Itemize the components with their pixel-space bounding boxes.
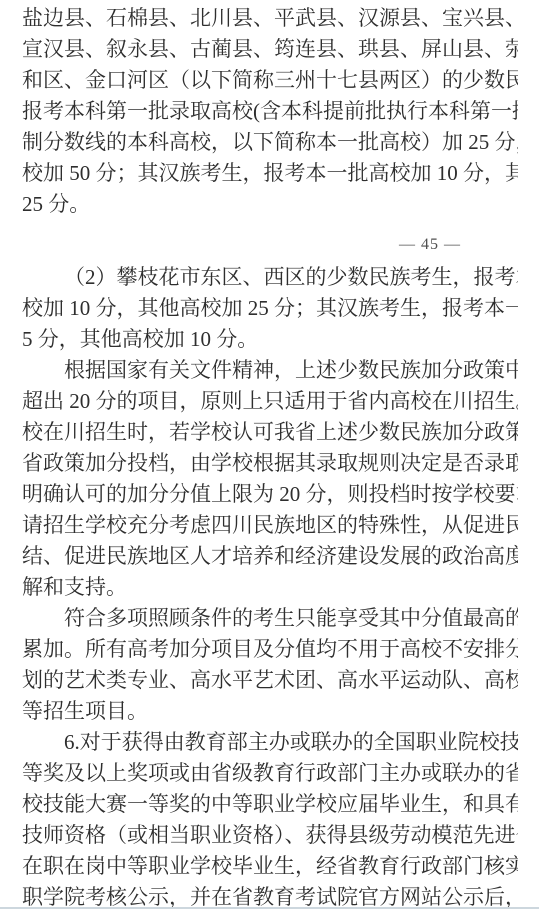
text-line: 校加 50 分；其汉族考生，报考本一批高校加 10 分，其他高校加 — [22, 158, 518, 189]
text-line: 制分数线的本科高校，以下简称本一批高校）加 25 分，其他高 — [22, 127, 518, 158]
text-line: 宣汉县、叙永县、古蔺县、筠连县、珙县、屏山县、荥经县，仁 — [22, 34, 518, 65]
text-line: 解和支持。 — [22, 572, 518, 603]
page-bottom-divider — [0, 907, 539, 909]
text-line: 等招生项目。 — [22, 696, 518, 727]
page-number: — 45 — — [22, 232, 518, 258]
paragraph: 根据国家有关文件精神，上述少数民族加分政策中加分分值超出 20 分的项目，原则上… — [22, 355, 518, 603]
text-line: 省政策加分投档，由学校根据其录取规则决定是否录取；若学校 — [22, 448, 518, 479]
text-line: 划的艺术类专业、高水平艺术团、高水平运动队、高校专项计划 — [22, 665, 518, 696]
text-line: 5 分，其他高校加 10 分。 — [22, 324, 518, 355]
text-line: 请招生学校充分考虑四川民族地区的特殊性，从促进民族大团 — [22, 510, 518, 541]
text-line: 明确认可的加分分值上限为 20 分，则投档时按学校要求执行。 — [22, 479, 518, 510]
text-line: 根据国家有关文件精神，上述少数民族加分政策中加分分值 — [22, 355, 518, 386]
text-line: 6.对于获得由教育部主办或联办的全国职业院校技能大赛三 — [22, 727, 518, 758]
text-line: 技师资格（或相当职业资格）、获得县级劳动模范先进个人称号的 — [22, 820, 518, 851]
text-line: 超出 20 分的项目，原则上只适用于省内高校在川招生。省外高 — [22, 386, 518, 417]
paragraph: （2）攀枝花市东区、西区的少数民族考生，报考本一批高校加 10 分，其他高校加 … — [22, 262, 518, 355]
text-line: 校技能大赛一等奖的中等职业学校应届毕业生，和具有高级工或 — [22, 789, 518, 820]
paragraph: 6.对于获得由教育部主办或联办的全国职业院校技能大赛三等奖及以上奖项或由省级教育… — [22, 727, 518, 912]
text-line: 校加 10 分，其他高校加 25 分；其汉族考生，报考本一批高校加 — [22, 293, 518, 324]
text-line: 报考本科第一批录取高校(含本科提前批执行本科第一批录取控 — [22, 96, 518, 127]
paragraph: 盐边县、石棉县、北川县、平武县、汉源县、宝兴县、兴文县、宣汉县、叙永县、古蔺县、… — [22, 3, 518, 220]
text-line: 和区、金口河区（以下简称三州十七县两区）的少数民族考生， — [22, 65, 518, 96]
paragraph: 符合多项照顾条件的考生只能享受其中分值最高的一项，不累加。所有高考加分项目及分值… — [22, 603, 518, 727]
text-line: 25 分。 — [22, 189, 518, 220]
text-line: 累加。所有高考加分项目及分值均不用于高校不安排分省招生计 — [22, 634, 518, 665]
text-line: 符合多项照顾条件的考生只能享受其中分值最高的一项，不 — [22, 603, 518, 634]
text-line: 盐边县、石棉县、北川县、平武县、汉源县、宝兴县、兴文县、 — [22, 3, 518, 34]
document-page: 盐边县、石棉县、北川县、平武县、汉源县、宝兴县、兴文县、宣汉县、叙永县、古蔺县、… — [0, 0, 539, 912]
text-line: 等奖及以上奖项或由省级教育行政部门主办或联办的省级职业院 — [22, 758, 518, 789]
text-line: 结、促进民族地区人才培养和经济建设发展的政治高度，给予理 — [22, 541, 518, 572]
document-body: 盐边县、石棉县、北川县、平武县、汉源县、宝兴县、兴文县、宣汉县、叙永县、古蔺县、… — [0, 0, 539, 912]
text-line: 校在川招生时，若学校认可我省上述少数民族加分政策，则按我 — [22, 417, 518, 448]
text-line: 在职在岗中等职业学校毕业生，经省教育行政部门核实资格、高 — [22, 851, 518, 882]
text-line: （2）攀枝花市东区、西区的少数民族考生，报考本一批高 — [22, 262, 518, 293]
